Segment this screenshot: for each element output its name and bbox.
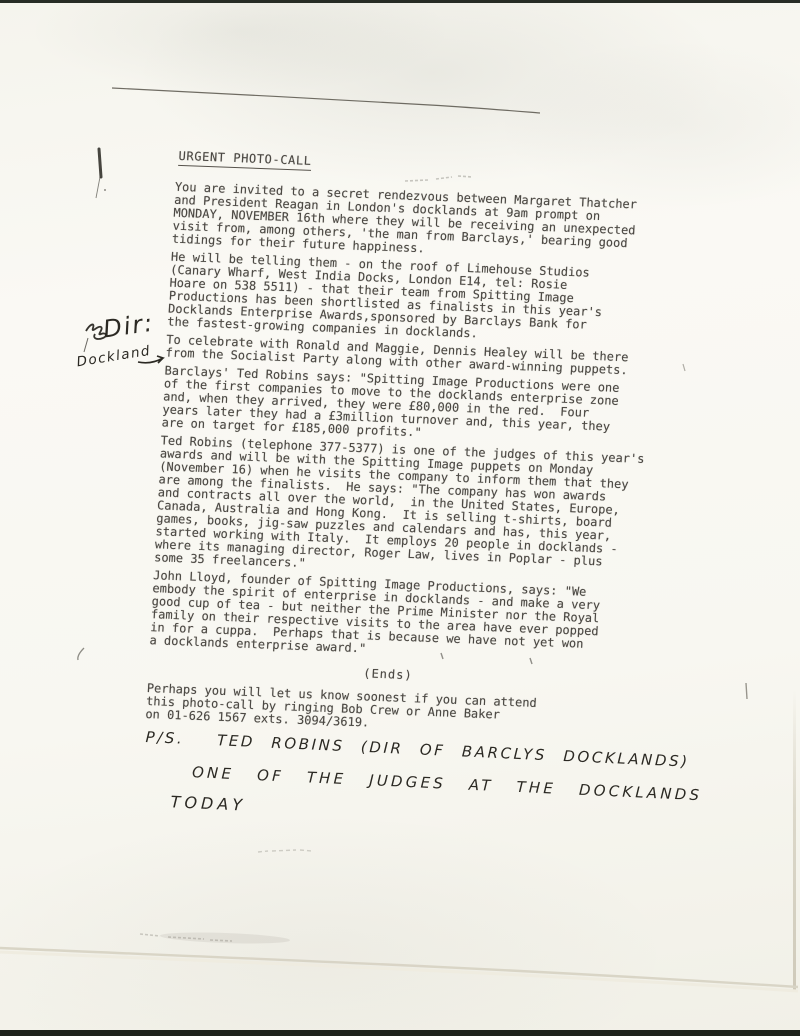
pencil-smudge <box>160 931 290 946</box>
pencil-smudge-strokes <box>140 934 232 941</box>
paragraph-john-lloyd: John Lloyd, founder of Spitting Image Pr… <box>129 568 653 666</box>
typed-press-release: URGENT PHOTO-CALL You are invited to a s… <box>125 149 677 740</box>
photograph-of-document: URGENT PHOTO-CALL You are invited to a s… <box>0 0 800 1036</box>
top-crease-line <box>112 88 540 113</box>
faint-smudge-mid <box>258 850 312 852</box>
ink-dot <box>104 189 106 191</box>
bottom-fold-highlight <box>0 952 798 991</box>
small-stray-mark <box>683 364 685 371</box>
title-row: URGENT PHOTO-CALL <box>178 150 677 185</box>
bottom-fold-crease <box>0 948 798 987</box>
handwritten-postscript: P/S. TED ROBINS (DIR OF BARCLYS DOCKLAND… <box>142 728 685 834</box>
paragraph-ted-robins: Ted Robins (telephone 377-5377) is one o… <box>134 434 661 584</box>
right-margin-tick <box>746 683 747 699</box>
paragraph-limehouse: He will be telling them - on the roof of… <box>147 250 671 348</box>
pen-scratch-mark <box>99 149 101 177</box>
handwritten-margin-note: Dir: Dockland <box>73 312 185 386</box>
document-title: URGENT PHOTO-CALL <box>178 150 312 171</box>
pen-scratch-tail <box>96 177 100 198</box>
paper-right-edge-shadow <box>793 690 796 990</box>
margin-note-dockland: Dockland <box>75 343 152 371</box>
margin-note-dir: Dir: <box>101 309 156 344</box>
photo-top-border <box>0 0 800 3</box>
photo-bottom-border <box>0 1030 800 1036</box>
left-margin-curve-mark <box>78 648 84 660</box>
